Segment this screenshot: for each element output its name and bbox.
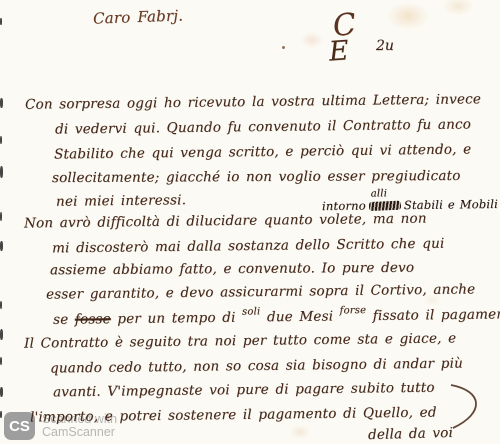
- watermark-line2: CamScanner: [42, 426, 117, 440]
- letter-line-15: della da voi: [368, 425, 453, 443]
- letter-line-1: Con sorpresa oggi ho ricevuto la vostra …: [25, 91, 481, 113]
- scan-artifact: [0, 301, 2, 309]
- letter-line-13: avanti. V'impegnaste voi pure di pagare …: [53, 380, 435, 401]
- scan-artifact: [0, 98, 3, 108]
- superscript-word: soli: [242, 306, 260, 317]
- letter-line-14: l'importo, e potrei sostenere il pagamen…: [30, 405, 437, 426]
- line-text: due Mesi: [260, 308, 339, 325]
- line-text: per un tempo di: [111, 310, 242, 328]
- scan-artifact: [0, 357, 2, 365]
- letter-line-11: Il Contratto è seguito tra noi per tutto…: [24, 330, 456, 351]
- line-text: fissato il pagamento.: [366, 306, 500, 324]
- pen-mark-u: 2u: [376, 38, 394, 54]
- pen-flourish: [443, 383, 493, 431]
- salutation: Caro Fabrj.: [93, 6, 184, 27]
- letter-line-2: di vedervi qui. Quando fu convenuto il C…: [55, 116, 471, 137]
- letter-line-12: quando cedo tutto, non so cosa sia bisog…: [50, 355, 463, 376]
- scan-artifact: [0, 136, 2, 144]
- scan-artifact: [0, 241, 3, 251]
- inserted-word-above: alli: [371, 188, 387, 199]
- letter-line-10: se fosse per un tempo di soli due Mesi f…: [53, 306, 500, 328]
- letter-line-3: Stabilito che qui venga scritto, e perci…: [54, 141, 471, 162]
- scan-artifact: [0, 166, 3, 178]
- letter-line-9: esser garantito, e devo assicurarmi sopr…: [46, 281, 476, 302]
- pen-mark-e: E: [328, 35, 350, 67]
- ink-dot: [282, 46, 285, 49]
- line-text: se: [53, 312, 75, 328]
- scan-artifact: [0, 329, 3, 340]
- struck-word: fosse: [75, 311, 111, 327]
- manuscript-page: Caro Fabrj. C E 2u Con sorpresa oggi ho …: [0, 0, 500, 444]
- ink-scribble: [369, 201, 401, 211]
- letter-line-4: sollecitamente; giacché io non voglio es…: [52, 168, 461, 186]
- letter-line-8: assieme abbiamo fatto, e convenuto. Io p…: [50, 260, 414, 279]
- scan-artifact: [0, 387, 3, 397]
- letter-line-7: mi discosterò mai dalla sostanza dello S…: [52, 236, 445, 257]
- scan-artifact: [0, 411, 2, 418]
- superscript-word: forse: [340, 305, 367, 316]
- letter-line-6: Non avrò difficoltà di dilucidare quanto…: [24, 211, 427, 232]
- letter-line-5: nei miei interessi.: [56, 192, 186, 210]
- scan-artifact: [0, 18, 2, 25]
- scan-artifact: [0, 212, 2, 221]
